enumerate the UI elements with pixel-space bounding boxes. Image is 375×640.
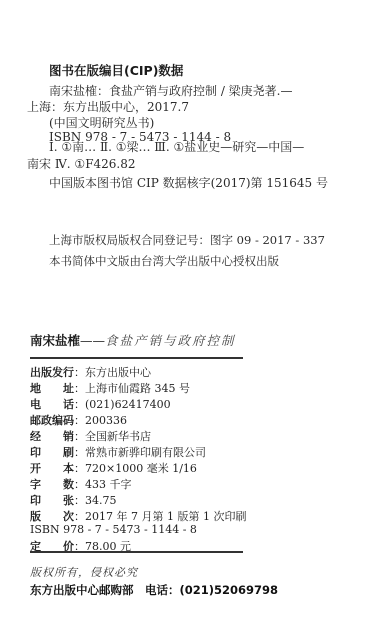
detail-row: 印 刷：常熟市新骅印刷有限公司 bbox=[30, 444, 206, 460]
cip-line-3: (中国文明研究丛书) bbox=[49, 114, 154, 131]
detail-row: 经 销：全国新华书店 bbox=[30, 428, 151, 444]
detail-row: 开 本：720×1000 毫米 1/16 bbox=[30, 460, 197, 476]
mail-order-contact: 东方出版中心邮购部 电话：(021)52069798 bbox=[30, 582, 278, 598]
book-subtitle: 食盐产销与政府控制 bbox=[105, 333, 236, 348]
copyright-registration: 上海市版权局版权合同登记号：图字 09 - 2017 - 337 bbox=[49, 232, 325, 248]
book-title-main: 南宋盐榷 bbox=[30, 333, 80, 348]
title-dash: —— bbox=[80, 333, 105, 348]
cip-line-2: 上海：东方出版中心，2017.7 bbox=[27, 98, 189, 115]
detail-row: 邮政编码：200336 bbox=[30, 412, 127, 428]
detail-row: 印 张：34.75 bbox=[30, 492, 117, 508]
detail-row: 地 址：上海市仙霞路 345 号 bbox=[30, 380, 190, 396]
detail-row: 出版发行：东方出版中心 bbox=[30, 364, 151, 380]
rights-notice: 版权所有，侵权必究 bbox=[30, 564, 138, 580]
bottom-divider bbox=[30, 551, 243, 553]
cip-line-7: 中国版本图书馆 CIP 数据核字(2017)第 151645 号 bbox=[49, 174, 328, 191]
detail-row: 版 次：2017 年 7 月第 1 版第 1 次印刷 bbox=[30, 508, 246, 524]
detail-row-isbn: ISBN 978 - 7 - 5473 - 1144 - 8 bbox=[30, 523, 197, 536]
cip-line-1: 南宋盐榷：食盐产销与政府控制 / 梁庚尧著.— bbox=[49, 82, 293, 99]
detail-row: 字 数：433 千字 bbox=[30, 476, 132, 492]
cip-line-5: Ⅰ. ①南… Ⅱ. ①梁… Ⅲ. ①盐业史—研究—中国— bbox=[49, 138, 304, 155]
detail-row: 电 话：(021)62417400 bbox=[30, 396, 171, 412]
book-title: 南宋盐榷——食盐产销与政府控制 bbox=[30, 331, 236, 349]
license-note: 本书简体中文版由台湾大学出版中心授权出版 bbox=[49, 253, 279, 269]
cip-heading: 图书在版编目(CIP)数据 bbox=[49, 61, 183, 79]
top-divider bbox=[30, 357, 243, 359]
cip-line-6: 南宋 Ⅳ. ①F426.82 bbox=[27, 155, 136, 172]
